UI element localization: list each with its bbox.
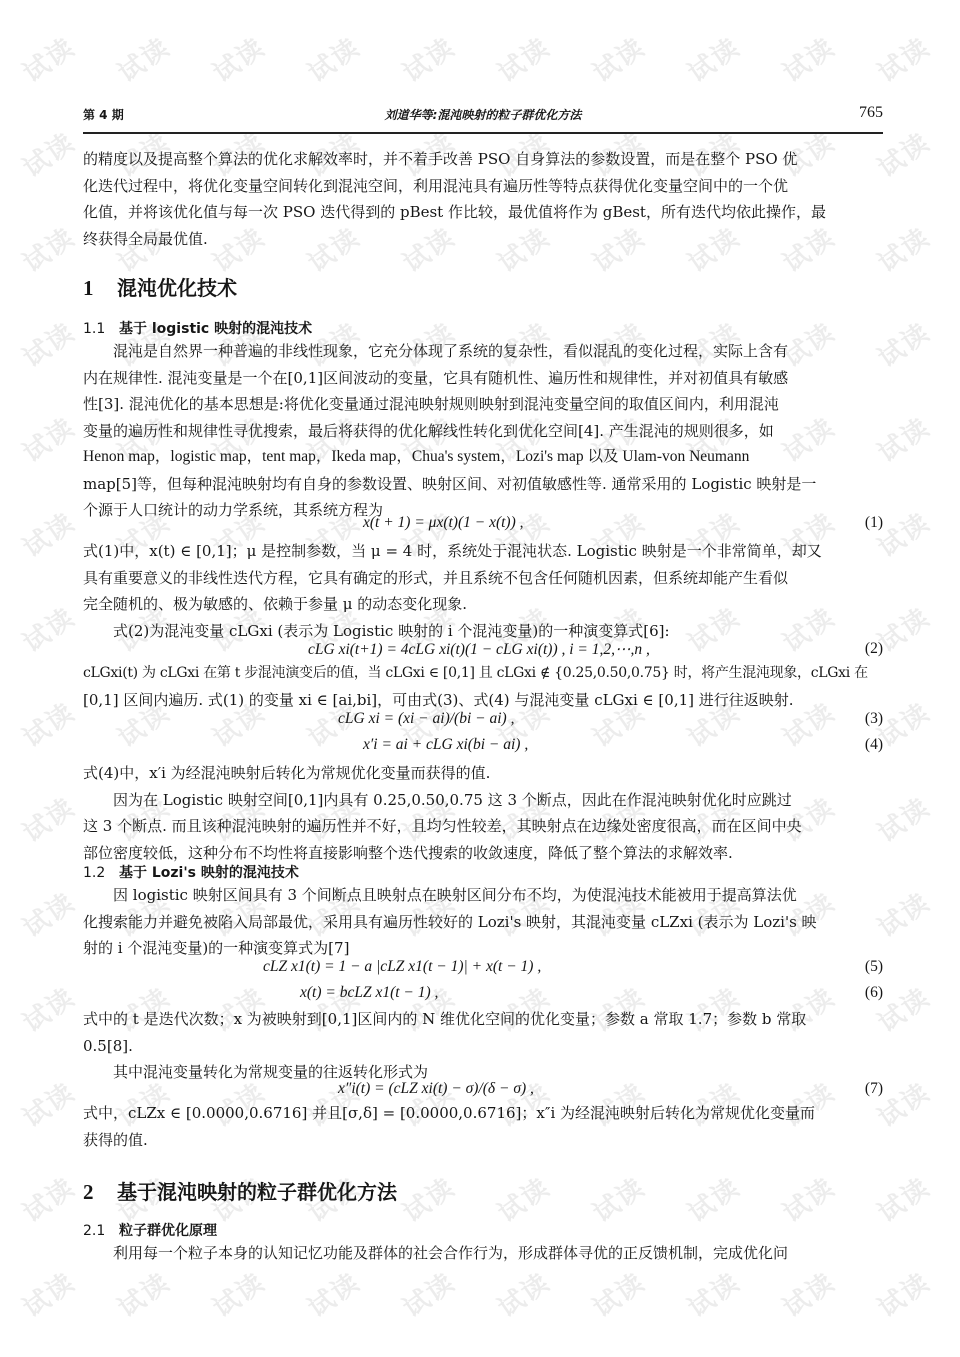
subsection-number: 2.1 — [83, 1223, 119, 1239]
equation-body: cLG xi = (xi − ai)/(bi − ai) , — [338, 710, 514, 728]
watermark-text: 试读 — [869, 1262, 936, 1324]
watermark-text: 试读 — [774, 1167, 841, 1229]
paragraph-1-1-c: cLGxi(t) 为 cLGxi 在第 t 步混沌演变后的值，当 cLGxi ∈… — [83, 660, 883, 713]
watermark-text: 试读 — [679, 1167, 746, 1229]
equation-1: x(t + 1) = μx(t)(1 − x(t)) , (1) — [83, 514, 883, 540]
subsection-heading-2-1: 2.1粒子群优化原理 — [83, 1220, 217, 1240]
subsection-heading-1-1: 1.1基于 logistic 映射的混沌技术 — [83, 318, 312, 338]
section-title: 基于混沌映射的粒子群优化方法 — [117, 1180, 397, 1204]
watermark-text: 试读 — [299, 27, 366, 89]
watermark-text: 试读 — [204, 27, 271, 89]
watermark-text: 试读 — [14, 597, 81, 659]
equation-number: (5) — [865, 958, 883, 976]
watermark-text: 试读 — [109, 1262, 176, 1324]
equation-body: x(t) = bcLZ x1(t − 1) , — [300, 984, 438, 1002]
watermark-text: 试读 — [584, 27, 651, 89]
equation-number: (4) — [865, 736, 883, 754]
section-heading-2: 2基于混沌映射的粒子群优化方法 — [83, 1176, 397, 1205]
equation-body: x′i = ai + cLG xi(bi − ai) , — [363, 736, 528, 754]
watermark-text: 试读 — [394, 1262, 461, 1324]
watermark-text: 试读 — [204, 1262, 271, 1324]
equation-number: (1) — [865, 514, 883, 532]
watermark-text: 试读 — [869, 1167, 936, 1229]
equation-5: cLZ x1(t) = 1 − a |cLZ x1(t − 1)| + x(t … — [83, 958, 883, 984]
paragraph-1-1-d: 式(4)中，x′i 为经混沌映射后转化为常规优化变量而获得的值. 因为在 Log… — [83, 760, 883, 866]
subsection-number: 1.2 — [83, 865, 119, 881]
watermark-text: 试读 — [679, 1262, 746, 1324]
text-line: 0.5[8]. — [83, 1033, 883, 1060]
watermark-text: 试读 — [489, 27, 556, 89]
watermark-text: 试读 — [489, 1262, 556, 1324]
watermark-text: 试读 — [14, 787, 81, 849]
text-line: 式中，cLZx ∈ [0.0000,0.6716] 并且[σ,δ] = [0.0… — [83, 1100, 883, 1127]
page-number: 765 — [859, 104, 883, 122]
paragraph-1-2-b: 式中的 t 是迭代次数；x 为被映射到[0,1]区间内的 N 维优化空间的优化变… — [83, 1006, 883, 1086]
subsection-title: 基于 Lozi's 映射的混沌技术 — [119, 865, 299, 881]
running-head: 第 4 期 刘道华等:混沌映射的粒子群优化方法 765 — [83, 104, 883, 126]
watermark-text: 试读 — [679, 27, 746, 89]
text-line: Henon map，logistic map，tent map，Ikeda ma… — [83, 444, 883, 471]
text-line: 式(4)中，x′i 为经混沌映射后转化为常规优化变量而获得的值. — [83, 760, 883, 787]
watermark-text: 试读 — [14, 217, 81, 279]
watermark-text: 试读 — [14, 977, 81, 1039]
text-line: 完全随机的、极为敏感的、依赖于参量 μ 的动态变化现象. — [83, 591, 883, 618]
equation-number: (6) — [865, 984, 883, 1002]
equation-body: x″i(t) = (cLZ xi(t) − σ)/(δ − σ) , — [338, 1080, 534, 1098]
paragraph-1-2-a: 因 logistic 映射区间具有 3 个间断点且映射点在映射区间分布不均，为使… — [83, 882, 883, 962]
subsection-title: 基于 logistic 映射的混沌技术 — [119, 321, 312, 337]
text-line: 混沌是自然界一种普遍的非线性现象，它充分体现了系统的复杂性，看似混乱的变化过程，… — [83, 338, 883, 365]
watermark-text: 试读 — [14, 407, 81, 469]
text-line: 这 3 个断点. 而且该种混沌映射的遍历性并不好，且均匀性较差，其映射点在边缘处… — [83, 813, 883, 840]
text-line: 因为在 Logistic 映射空间[0,1]内具有 0.25,0.50,0.75… — [83, 787, 883, 814]
watermark-text: 试读 — [14, 1167, 81, 1229]
text-line: 化迭代过程中，将优化变量空间转化到混沌空间，利用混沌具有遍历性等特点获得优化变量… — [83, 173, 883, 200]
watermark-text: 试读 — [14, 27, 81, 89]
paragraph-1-2-c: 式中，cLZx ∈ [0.0000,0.6716] 并且[σ,δ] = [0.0… — [83, 1100, 883, 1153]
text-line: 终获得全局最优值. — [83, 226, 883, 253]
subsection-title: 粒子群优化原理 — [119, 1223, 217, 1239]
watermark-text: 试读 — [14, 122, 81, 184]
section-title: 混沌优化技术 — [117, 276, 237, 300]
text-line: 变量的遍历性和规律性寻优搜索，最后将获得的优化解线性转化到优化空间[4]. 产生… — [83, 418, 883, 445]
watermark-text: 试读 — [14, 692, 81, 754]
text-line: 的精度以及提高整个算法的优化求解效率时，并不着手改善 PSO 自身算法的参数设置… — [83, 146, 883, 173]
text-line: 式中的 t 是迭代次数；x 为被映射到[0,1]区间内的 N 维优化空间的优化变… — [83, 1006, 883, 1033]
subsection-number: 1.1 — [83, 321, 119, 337]
text-line: 性[3]. 混沌优化的基本思想是:将优化变量通过混沌映射规则映射到混沌变量空间的… — [83, 391, 883, 418]
intro-paragraph: 的精度以及提高整个算法的优化求解效率时，并不着手改善 PSO 自身算法的参数设置… — [83, 146, 883, 252]
watermark-text: 试读 — [774, 27, 841, 89]
paragraph-1-1-a: 混沌是自然界一种普遍的非线性现象，它充分体现了系统的复杂性，看似混乱的变化过程，… — [83, 338, 883, 524]
subsection-heading-1-2: 1.2基于 Lozi's 映射的混沌技术 — [83, 862, 299, 882]
watermark-text: 试读 — [14, 1262, 81, 1324]
section-number: 2 — [83, 1180, 117, 1205]
header-rule — [83, 132, 883, 134]
text-line: 化搜索能力并避免被陷入局部最优，采用具有遍历性较好的 Lozi's 映射，其混沌… — [83, 909, 883, 936]
paragraph-1-1-b: 式(1)中，x(t) ∈ [0,1]；μ 是控制参数，当 μ = 4 时，系统处… — [83, 538, 883, 644]
paragraph-2-1-a: 利用每一个粒子本身的认知记忆功能及群体的社会合作行为，形成群体寻优的正反馈机制，… — [83, 1240, 883, 1267]
watermark-text: 试读 — [394, 27, 461, 89]
section-number: 1 — [83, 276, 117, 301]
watermark-text: 试读 — [869, 27, 936, 89]
equation-number: (3) — [865, 710, 883, 728]
equation-3: cLG xi = (xi − ai)/(bi − ai) , (3) — [83, 710, 883, 736]
watermark-text: 试读 — [394, 1167, 461, 1229]
text-line: 具有重要意义的非线性迭代方程，它具有确定的形式，并且系统不包含任何随机因素，但系… — [83, 565, 883, 592]
text-line: 因 logistic 映射区间具有 3 个间断点且映射点在映射区间分布不均，为使… — [83, 882, 883, 909]
text-line: 获得的值. — [83, 1127, 883, 1154]
watermark-text: 试读 — [299, 1262, 366, 1324]
watermark-text: 试读 — [584, 1262, 651, 1324]
watermark-text: 试读 — [584, 1167, 651, 1229]
section-heading-1: 1混沌优化技术 — [83, 272, 237, 301]
equation-body: cLZ x1(t) = 1 − a |cLZ x1(t − 1)| + x(t … — [263, 958, 541, 976]
equation-4: x′i = ai + cLG xi(bi − ai) , (4) — [83, 736, 883, 762]
watermark-text: 试读 — [774, 1262, 841, 1324]
text-line: 式(1)中，x(t) ∈ [0,1]；μ 是控制参数，当 μ = 4 时，系统处… — [83, 538, 883, 565]
text-line: 利用每一个粒子本身的认知记忆功能及群体的社会合作行为，形成群体寻优的正反馈机制，… — [83, 1240, 883, 1267]
text-line: cLGxi(t) 为 cLGxi 在第 t 步混沌演变后的值，当 cLGxi ∈… — [83, 660, 883, 687]
watermark-text: 试读 — [14, 1072, 81, 1134]
equation-number: (2) — [865, 640, 883, 658]
watermark-text: 试读 — [14, 312, 81, 374]
text-line: 化值，并将该优化值与每一次 PSO 迭代得到的 pBest 作比较，最优值将作为… — [83, 199, 883, 226]
running-title: 刘道华等:混沌映射的粒子群优化方法 — [83, 106, 883, 123]
watermark-text: 试读 — [109, 27, 176, 89]
watermark-text: 试读 — [14, 502, 81, 564]
equation-number: (7) — [865, 1080, 883, 1098]
watermark-text: 试读 — [489, 1167, 556, 1229]
text-line: 内在规律性. 混沌变量是一个在[0,1]区间波动的变量，它具有随机性、遍历性和规… — [83, 365, 883, 392]
watermark-text: 试读 — [14, 882, 81, 944]
text-line: map[5]等，但每种混沌映射均有自身的参数设置、映射区间、对初值敏感性等. 通… — [83, 471, 883, 498]
equation-body: x(t + 1) = μx(t)(1 − x(t)) , — [363, 514, 524, 532]
equation-body: cLG xi(t+1) = 4cLG xi(t)(1 − cLG xi(t)) … — [308, 640, 650, 659]
